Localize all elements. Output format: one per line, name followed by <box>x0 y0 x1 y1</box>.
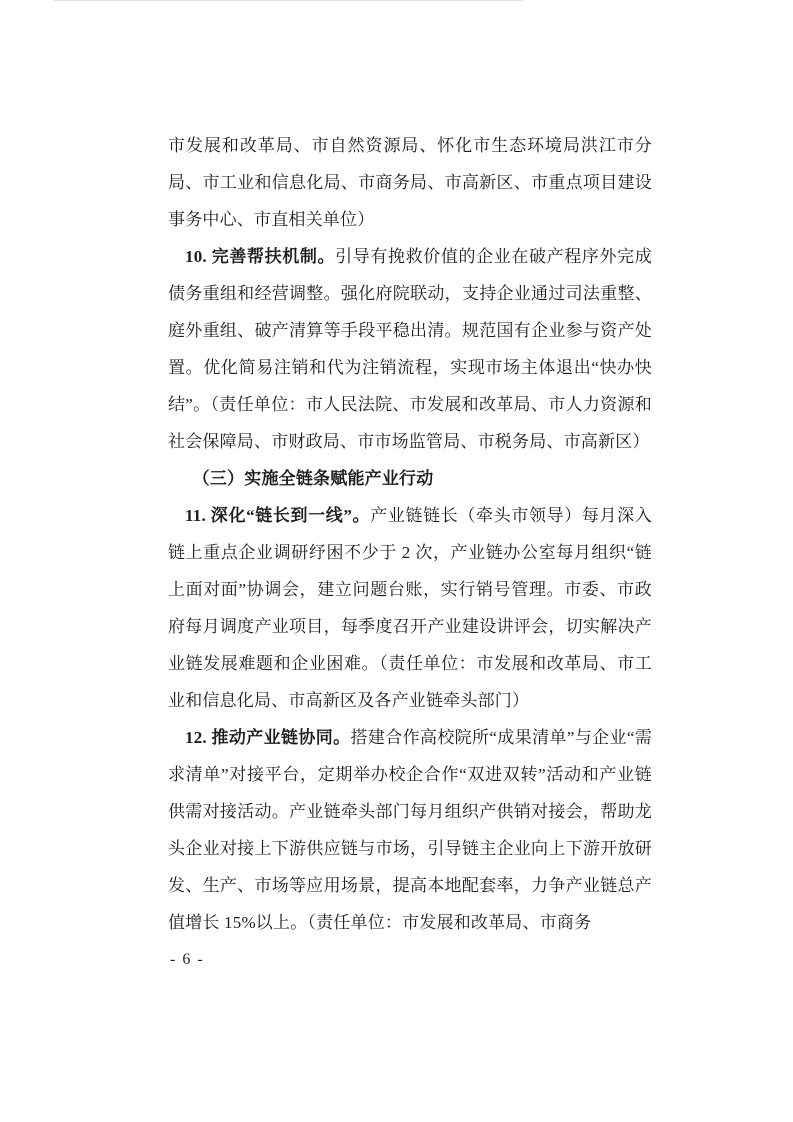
item-11-body-text: 产业链链长（牵头市领导）每月深入链上重点企业调研纾困不少于 2 次，产业链办公室… <box>168 506 652 710</box>
document-page: 市发展和改革局、市自然资源局、怀化市生态环境局洪江市分局、市工业和信息化局、市商… <box>0 0 793 1122</box>
item-10-body-text: 引导有挽救价值的企业在破产程序外完成债务重组和经营调整。强化府院联动，支持企业通… <box>168 247 652 451</box>
section-heading-text: （三）实施全链条赋能产业行动 <box>193 469 434 488</box>
paragraph-item-10: 10. 完善帮扶机制。引导有挽救价值的企业在破产程序外完成债务重组和经营调整。强… <box>168 238 652 460</box>
paragraph-text: 市发展和改革局、市自然资源局、怀化市生态环境局洪江市分局、市工业和信息化局、市商… <box>168 136 652 229</box>
paragraph-responsible-units-continued: 市发展和改革局、市自然资源局、怀化市生态环境局洪江市分局、市工业和信息化局、市商… <box>168 127 652 238</box>
item-11-lead-bold: 11. 深化“链长到一线”。 <box>185 506 370 525</box>
document-body: 市发展和改革局、市自然资源局、怀化市生态环境局洪江市分局、市工业和信息化局、市商… <box>168 127 652 941</box>
item-12-body-text: 搭建合作高校院所“成果清单”与企业“需求清单”对接平台，定期举办校企合作“双进双… <box>168 728 652 932</box>
item-10-lead-bold: 10. 完善帮扶机制。 <box>185 247 335 266</box>
scan-edge-artifact <box>54 0 524 1</box>
page-number: - 6 - <box>170 948 204 972</box>
paragraph-item-11: 11. 深化“链长到一线”。产业链链长（牵头市领导）每月深入链上重点企业调研纾困… <box>168 497 652 719</box>
item-12-lead-bold: 12. 推动产业链协同。 <box>185 728 350 747</box>
paragraph-item-12: 12. 推动产业链协同。搭建合作高校院所“成果清单”与企业“需求清单”对接平台，… <box>168 719 652 941</box>
section-heading-three: （三）实施全链条赋能产业行动 <box>168 460 652 497</box>
